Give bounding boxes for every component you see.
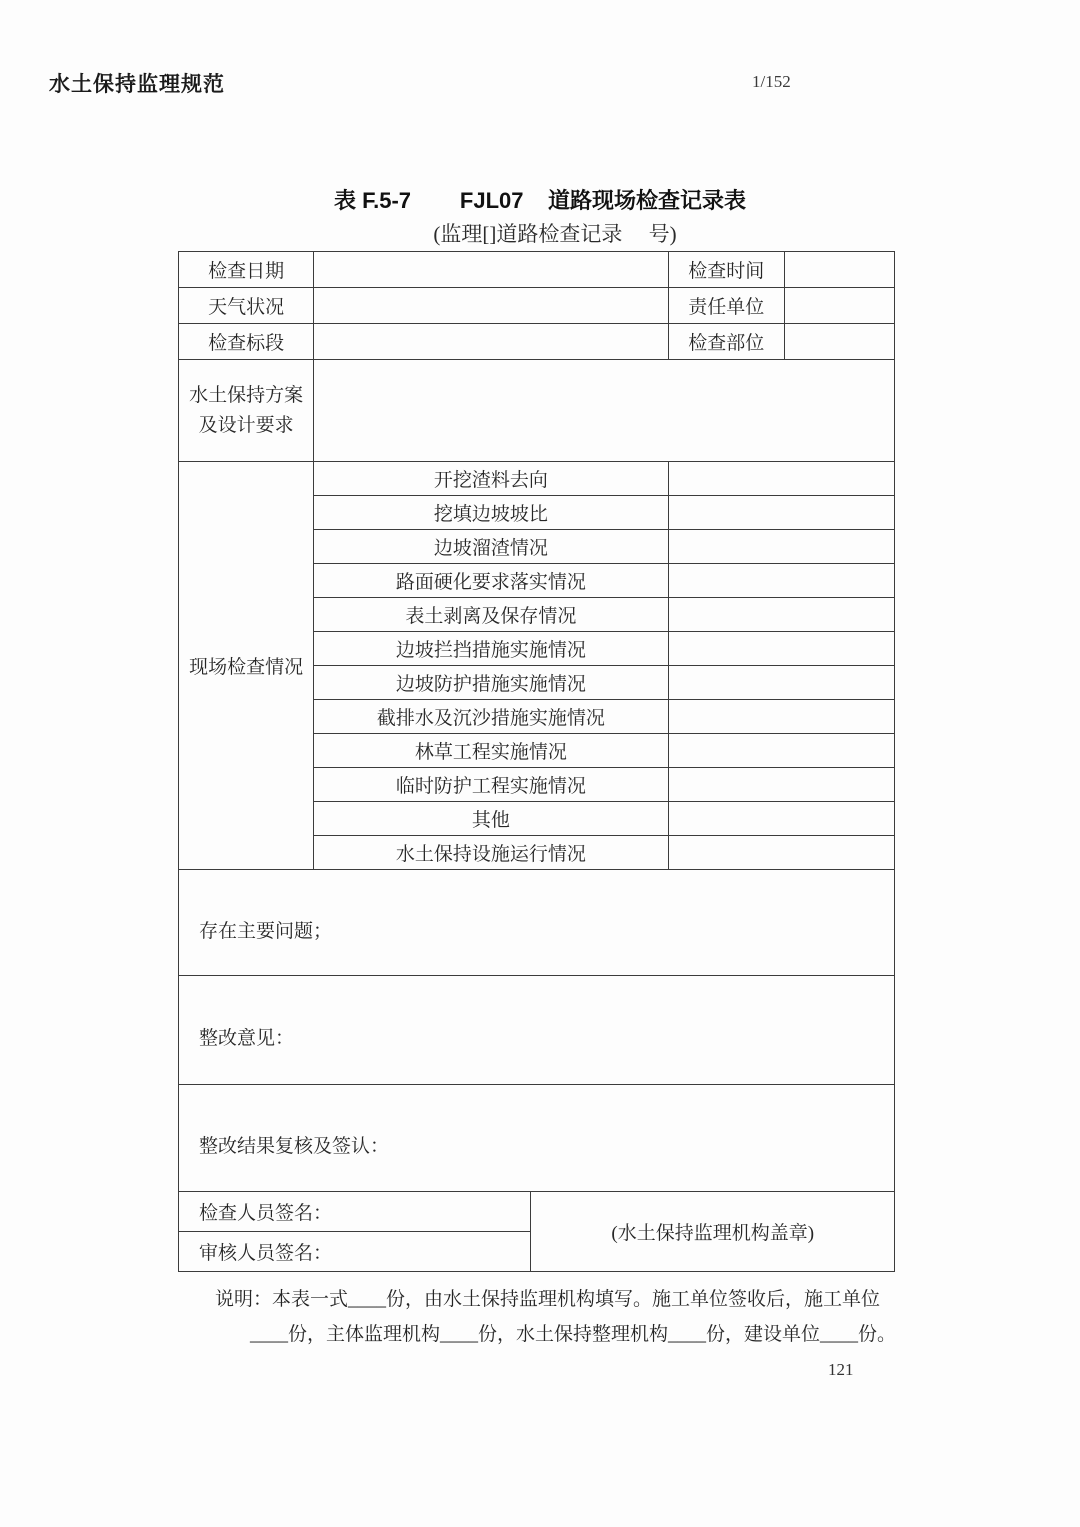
check-item-value-cell [668,802,894,836]
responsible-unit-label: 责任单位 [668,288,784,324]
check-item-label: 临时防护工程实施情况 [314,768,668,802]
check-item-label: 其他 [314,802,668,836]
check-item-label: 表土剥离及保存情况 [314,598,668,632]
inspect-section-value-cell [314,324,668,360]
form-note: 说明：本表一式____份，由水土保持监理机构填写。施工单位签收后，施工单位 __… [215,1282,975,1352]
check-item-value-cell [668,496,894,530]
check-item-value-cell [668,666,894,700]
check-item-value-cell [668,530,894,564]
check-item-label: 边坡溜渣情况 [314,530,668,564]
check-item-value-cell [668,768,894,802]
form-title: 表 F.5-7 FJL07 道路现场检查记录表 [0,184,1080,215]
page-indicator: 1/152 [752,72,791,92]
plan-requirements-label: 水土保持方案 及设计要求 [179,360,314,462]
rectify-review-block: 整改结果复核及签认： [179,1085,895,1192]
inspect-date-label: 检查日期 [179,252,314,288]
responsible-unit-value-cell [784,288,894,324]
check-item-label: 边坡防护措施实施情况 [314,666,668,700]
check-item-value-cell [668,836,894,870]
rectify-opinion-block: 整改意见： [179,976,895,1085]
table-row: 天气状况 责任单位 [179,288,895,324]
check-item-label: 挖填边坡坡比 [314,496,668,530]
check-item-value-cell [668,564,894,598]
weather-value-cell [314,288,668,324]
inspection-form-table: 检查日期 检查时间 天气状况 责任单位 检查标段 检查部位 水土保持方案 及设计… [178,251,895,1272]
main-issues-block: 存在主要问题； [179,870,895,976]
table-row: 水土保持方案 及设计要求 [179,360,895,462]
table-row: 整改意见： [179,976,895,1085]
check-item-value-cell [668,462,894,496]
form-note-line1: 说明：本表一式____份，由水土保持监理机构填写。施工单位签收后，施工单位 [215,1282,975,1317]
form-subtitle: (监理[]道路检查记录 号) [15,218,1080,248]
inspect-section-label: 检查标段 [179,324,314,360]
check-item-label: 截排水及沉沙措施实施情况 [314,700,668,734]
supervision-org-stamp-cell: (水土保持监理机构盖章) [531,1192,895,1272]
inspect-time-value-cell [784,252,894,288]
weather-label: 天气状况 [179,288,314,324]
page-number: 121 [828,1360,854,1380]
table-row: 检查日期 检查时间 [179,252,895,288]
check-item-value-cell [668,734,894,768]
table-row: 检查人员签名： (水土保持监理机构盖章) [179,1192,895,1232]
inspect-date-value-cell [314,252,668,288]
check-item-label: 林草工程实施情况 [314,734,668,768]
site-check-section-label: 现场检查情况 [179,462,314,870]
inspect-part-value-cell [784,324,894,360]
inspect-time-label: 检查时间 [668,252,784,288]
table-row: 存在主要问题； [179,870,895,976]
table-row: 现场检查情况 开挖渣料去向 [179,462,895,496]
check-item-label: 开挖渣料去向 [314,462,668,496]
reviewer-signature-label: 审核人员签名： [179,1232,531,1272]
check-item-label: 水土保持设施运行情况 [314,836,668,870]
form-note-line2: ____份，主体监理机构____份，水土保持整理机构____份，建设单位____… [250,1317,975,1352]
check-item-label: 边坡拦挡措施实施情况 [314,632,668,666]
check-item-value-cell [668,632,894,666]
inspector-signature-label: 检查人员签名： [179,1192,531,1232]
table-row: 检查标段 检查部位 [179,324,895,360]
check-item-value-cell [668,598,894,632]
plan-requirements-value-cell [314,360,895,462]
check-item-value-cell [668,700,894,734]
document-name: 水土保持监理规范 [49,68,225,98]
table-row: 整改结果复核及签认： [179,1085,895,1192]
check-item-label: 路面硬化要求落实情况 [314,564,668,598]
inspect-part-label: 检查部位 [668,324,784,360]
